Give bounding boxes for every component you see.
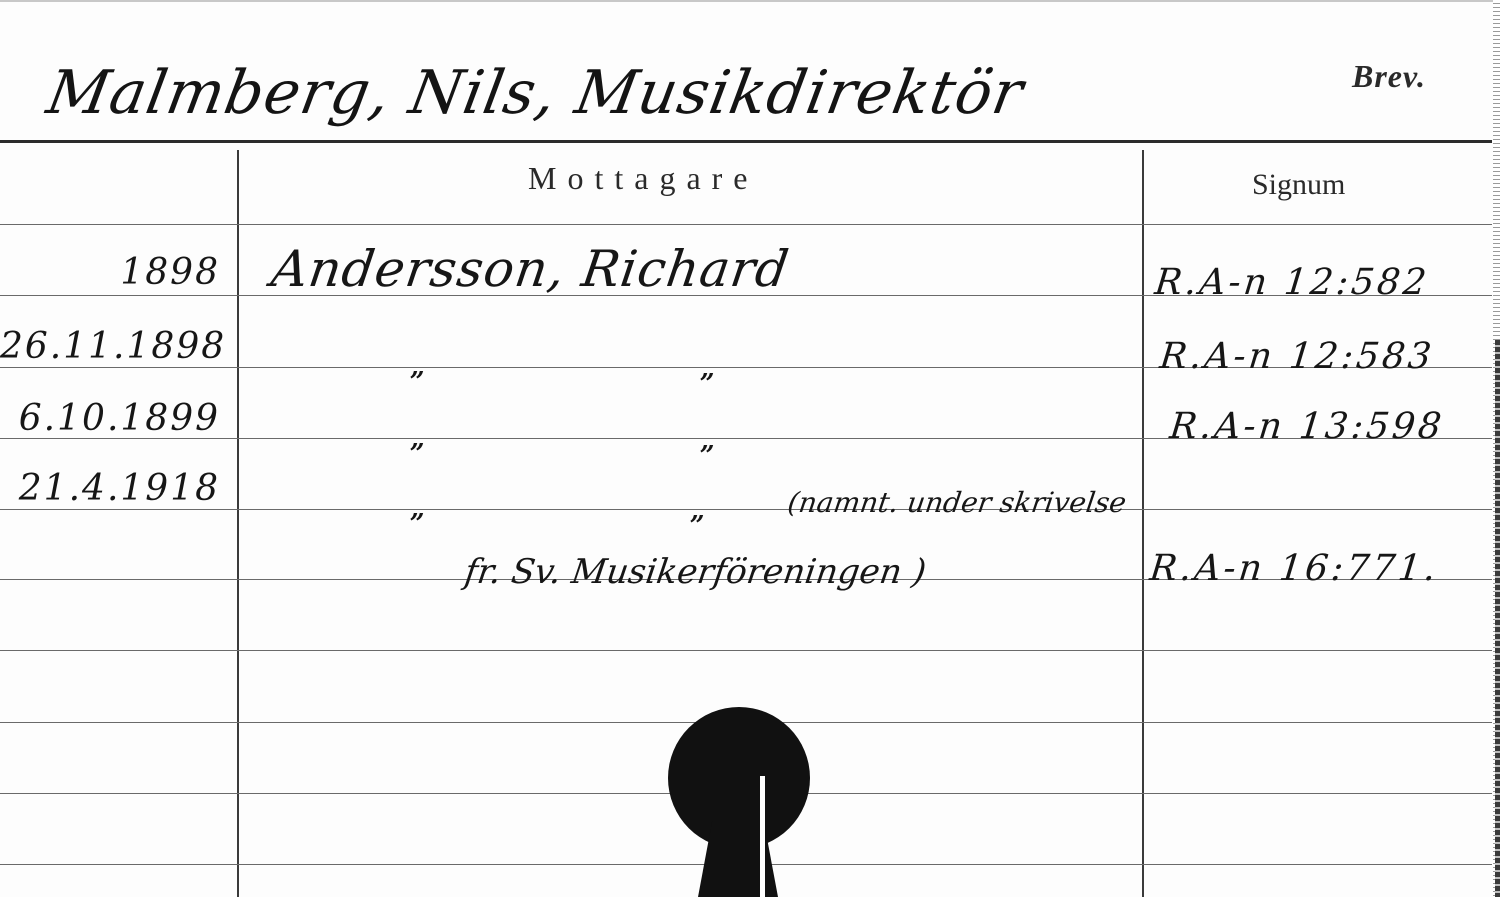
entry-signum: R.A-n 13:598 bbox=[1168, 406, 1446, 447]
punch-gap bbox=[760, 776, 765, 897]
ditto-mark: „ bbox=[700, 426, 715, 456]
archive-index-card: Malmberg, Nils, Musikdirektör Brev. Mott… bbox=[0, 0, 1500, 897]
row-rule bbox=[0, 509, 1492, 510]
ditto-mark: „ bbox=[410, 424, 425, 454]
card-right-edge-shadow bbox=[1495, 340, 1500, 897]
ditto-mark: „ bbox=[410, 494, 425, 524]
ditto-mark: „ bbox=[690, 496, 705, 526]
entry-signum: R.A-n 16:771. bbox=[1148, 548, 1441, 589]
header-divider bbox=[0, 140, 1492, 143]
signum-column-header: Signum bbox=[1252, 168, 1345, 202]
entry-date: 1898 bbox=[0, 252, 220, 293]
signum-column-divider bbox=[1142, 150, 1144, 897]
entry-signum: R.A-n 12:583 bbox=[1158, 336, 1436, 377]
entry-recipient: Andersson, Richard bbox=[268, 240, 793, 298]
card-title-handwritten: Malmberg, Nils, Musikdirektör bbox=[42, 58, 1029, 128]
recipient-column-header: Mottagare bbox=[528, 160, 759, 197]
date-column-divider bbox=[237, 150, 239, 897]
entry-signum: R.A-n 12:582 bbox=[1153, 262, 1431, 303]
row-rule bbox=[0, 650, 1492, 651]
category-label: Brev. bbox=[1352, 58, 1426, 95]
entry-date: 6.10.1899 bbox=[0, 398, 220, 439]
entry-date: 26.11.1898 bbox=[0, 326, 220, 367]
ditto-mark: „ bbox=[700, 354, 715, 384]
ditto-mark: „ bbox=[410, 352, 425, 382]
entry-note: (namnt. under skrivelse bbox=[786, 486, 1129, 519]
entry-date: 21.4.1918 bbox=[0, 468, 220, 509]
entry-note-continuation: fr. Sv. Musikerföreningen ) bbox=[462, 552, 928, 592]
row-rule bbox=[0, 224, 1492, 225]
card-top-edge bbox=[0, 0, 1500, 2]
